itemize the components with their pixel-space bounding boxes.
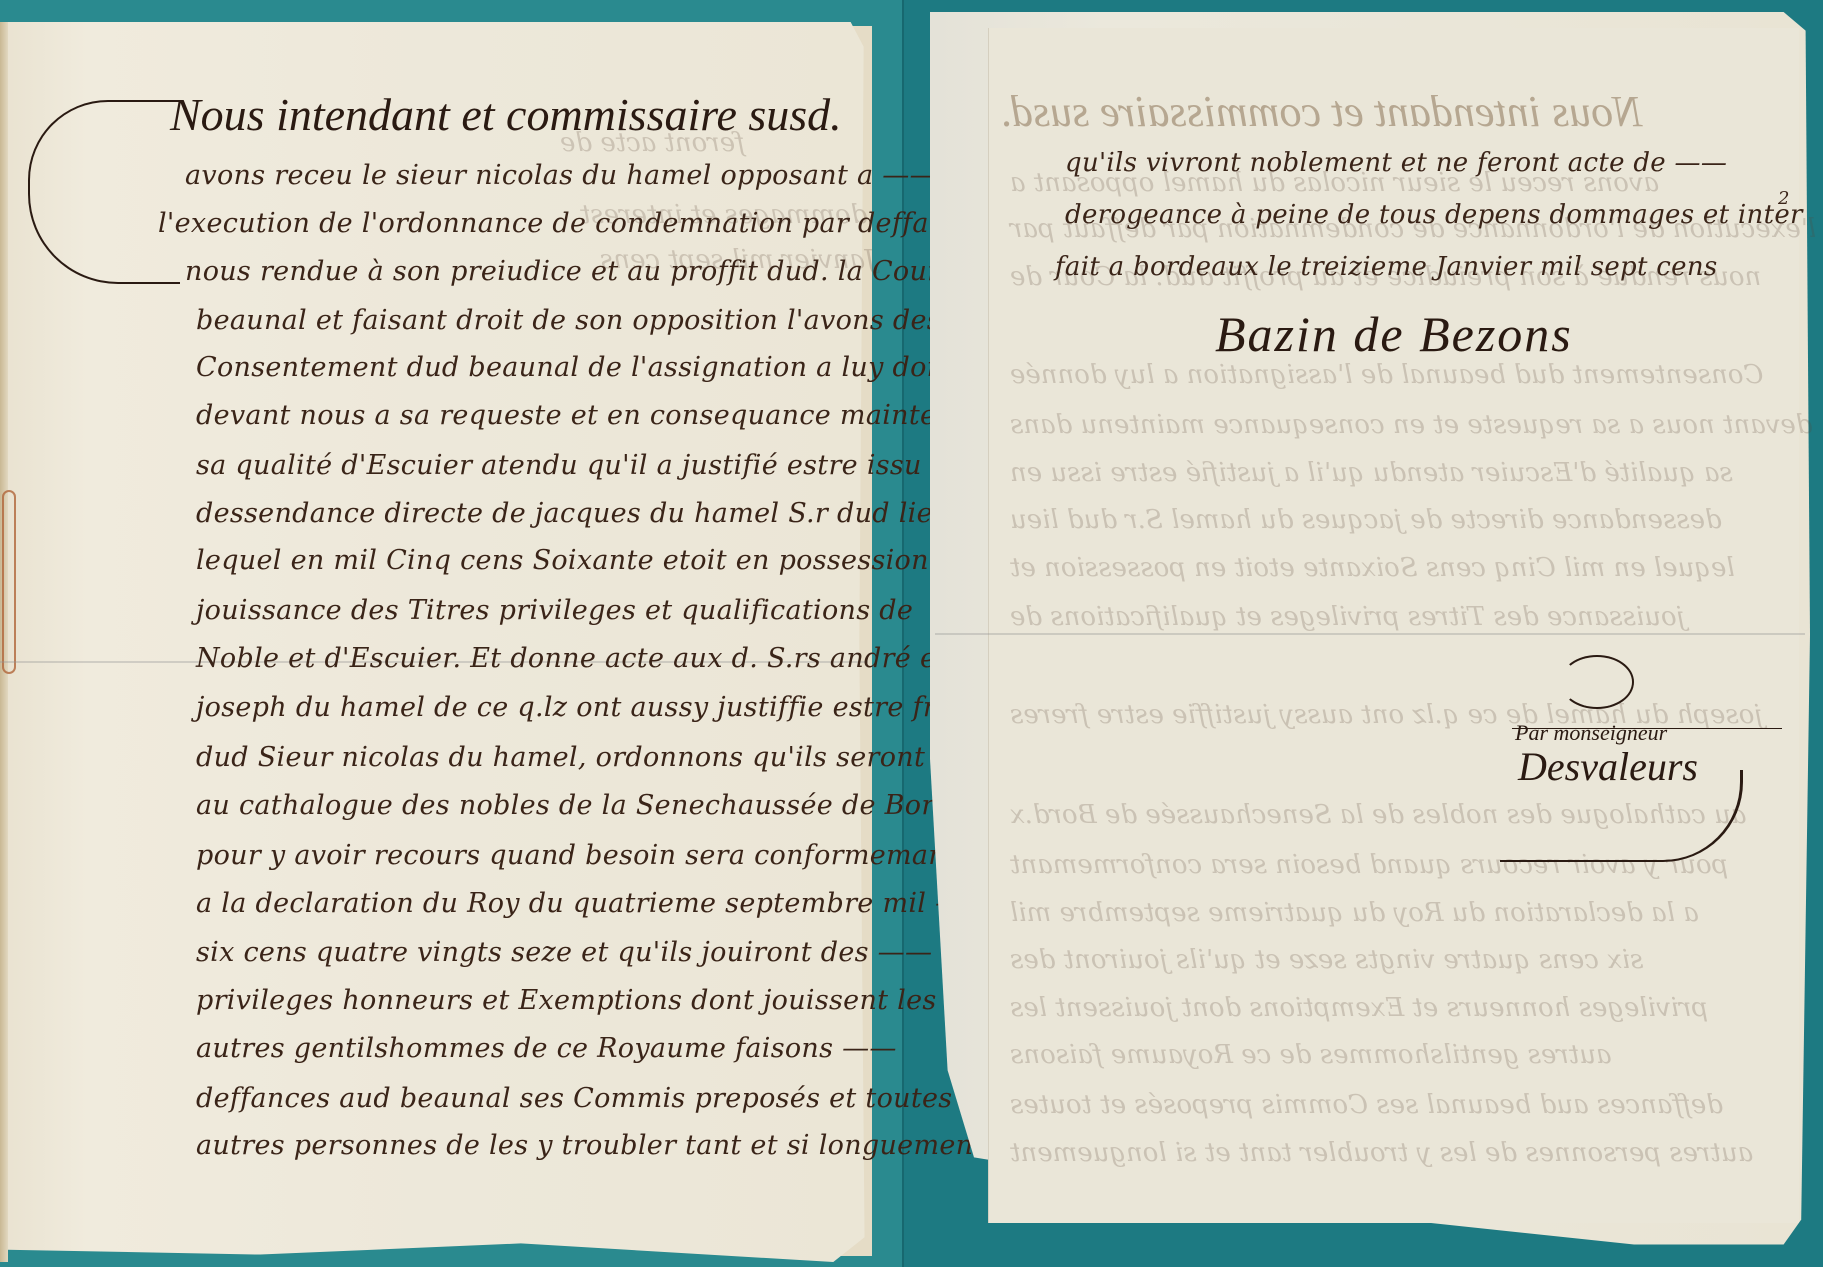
manuscript-line: pour y avoir recours quand besoin sera c…	[196, 840, 957, 871]
manuscript-line: autres gentilshommes de ce Royaume faiso…	[196, 1033, 897, 1064]
manuscript-line: devant nous a sa requeste et en consequa…	[196, 400, 1046, 431]
manuscript-line: nous rendue à son preiudice et au proffi…	[185, 256, 983, 287]
manuscript-line: dud Sieur nicolas du hamel, ordonnons qu…	[196, 742, 1038, 773]
signature-rule	[1512, 728, 1782, 729]
manuscript-line: joseph du hamel de ce q.lz ont aussy jus…	[196, 692, 996, 723]
manuscript-line: dessendance directe de jacques du hamel …	[196, 498, 1014, 529]
manuscript-line: lequel en mil Cinq cens Soixante etoit e…	[196, 545, 965, 576]
bleed-through-text: autres personnes de les y troubler tant …	[1010, 1138, 1753, 1168]
bleed-through-text: sa qualité d'Escuier atendu qu'il a just…	[1010, 458, 1733, 488]
document-heading: Nous intendant et commissaire susd.	[170, 88, 842, 141]
manuscript-line: a la declaration du Roy du quatrieme sep…	[196, 888, 990, 919]
manuscript-line: sa qualité d'Escuier atendu qu'il a just…	[196, 450, 1028, 481]
manuscript-line: six cens quatre vingts seze et qu'ils jo…	[196, 937, 932, 968]
manuscript-line: autres personnes de les y troubler tant …	[196, 1130, 984, 1161]
bleed-through-text: Consentement dud beaunal de l'assignatio…	[1010, 360, 1763, 390]
bleed-through-text: privileges honneurs et Exemptions dont j…	[1010, 993, 1708, 1023]
bleed-through-text: dessendance directe de jacques du hamel …	[1010, 505, 1722, 535]
binding-string	[2, 490, 16, 674]
manuscript-line: privileges honneurs et Exemptions dont j…	[196, 985, 937, 1016]
manuscript-line: deffances aud beaunal ses Commis preposé…	[196, 1083, 952, 1114]
bleed-through-text: deffances aud beaunal ses Commis preposé…	[1010, 1090, 1723, 1120]
manuscript-line: avons receu le sieur nicolas du hamel op…	[185, 160, 937, 191]
manuscript-line: au cathalogue des nobles de la Senechaus…	[196, 790, 1040, 821]
signature-swash	[1500, 770, 1743, 862]
manuscript-line: Consentement dud beaunal de l'assignatio…	[196, 352, 1058, 383]
bleed-through-text: a la declaration du Roy du quatrieme sep…	[1010, 898, 1699, 928]
intendant-signature: Bazin de Bezons	[1215, 305, 1573, 363]
manuscript-line: fait a bordeaux le treizieme Janvier mil…	[1055, 252, 1718, 282]
bleed-through-text: six cens quatre vingts seze et qu'ils jo…	[1010, 945, 1643, 975]
manuscript-line: l'execution de l'ordonnance de condemnat…	[158, 208, 1014, 239]
manuscript-line: derogeance à peine de tous depens dommag…	[1065, 200, 1803, 230]
fold-crease	[935, 633, 1805, 635]
manuscript-line: jouissance des Titres privileges et qual…	[196, 595, 913, 626]
bleed-through-text: autres gentilshommes de ce Royaume faiso…	[1010, 1040, 1612, 1070]
manuscript-line: Noble et d'Escuier. Et donne acte aux d.…	[196, 643, 1011, 674]
bleed-through-text: devant nous a sa requeste et en consequa…	[1010, 410, 1812, 440]
bleed-through-text: lequel en mil Cinq cens Soixante etoit e…	[1010, 553, 1735, 583]
bleed-through-text: jouissance des Titres privileges et qual…	[1010, 602, 1685, 632]
bleed-through-heading: Nous intendant et commissaire susd.	[1000, 86, 1642, 137]
manuscript-line: qu'ils vivront noblement et ne feront ac…	[1065, 148, 1727, 178]
signature-flourish	[1560, 655, 1634, 709]
